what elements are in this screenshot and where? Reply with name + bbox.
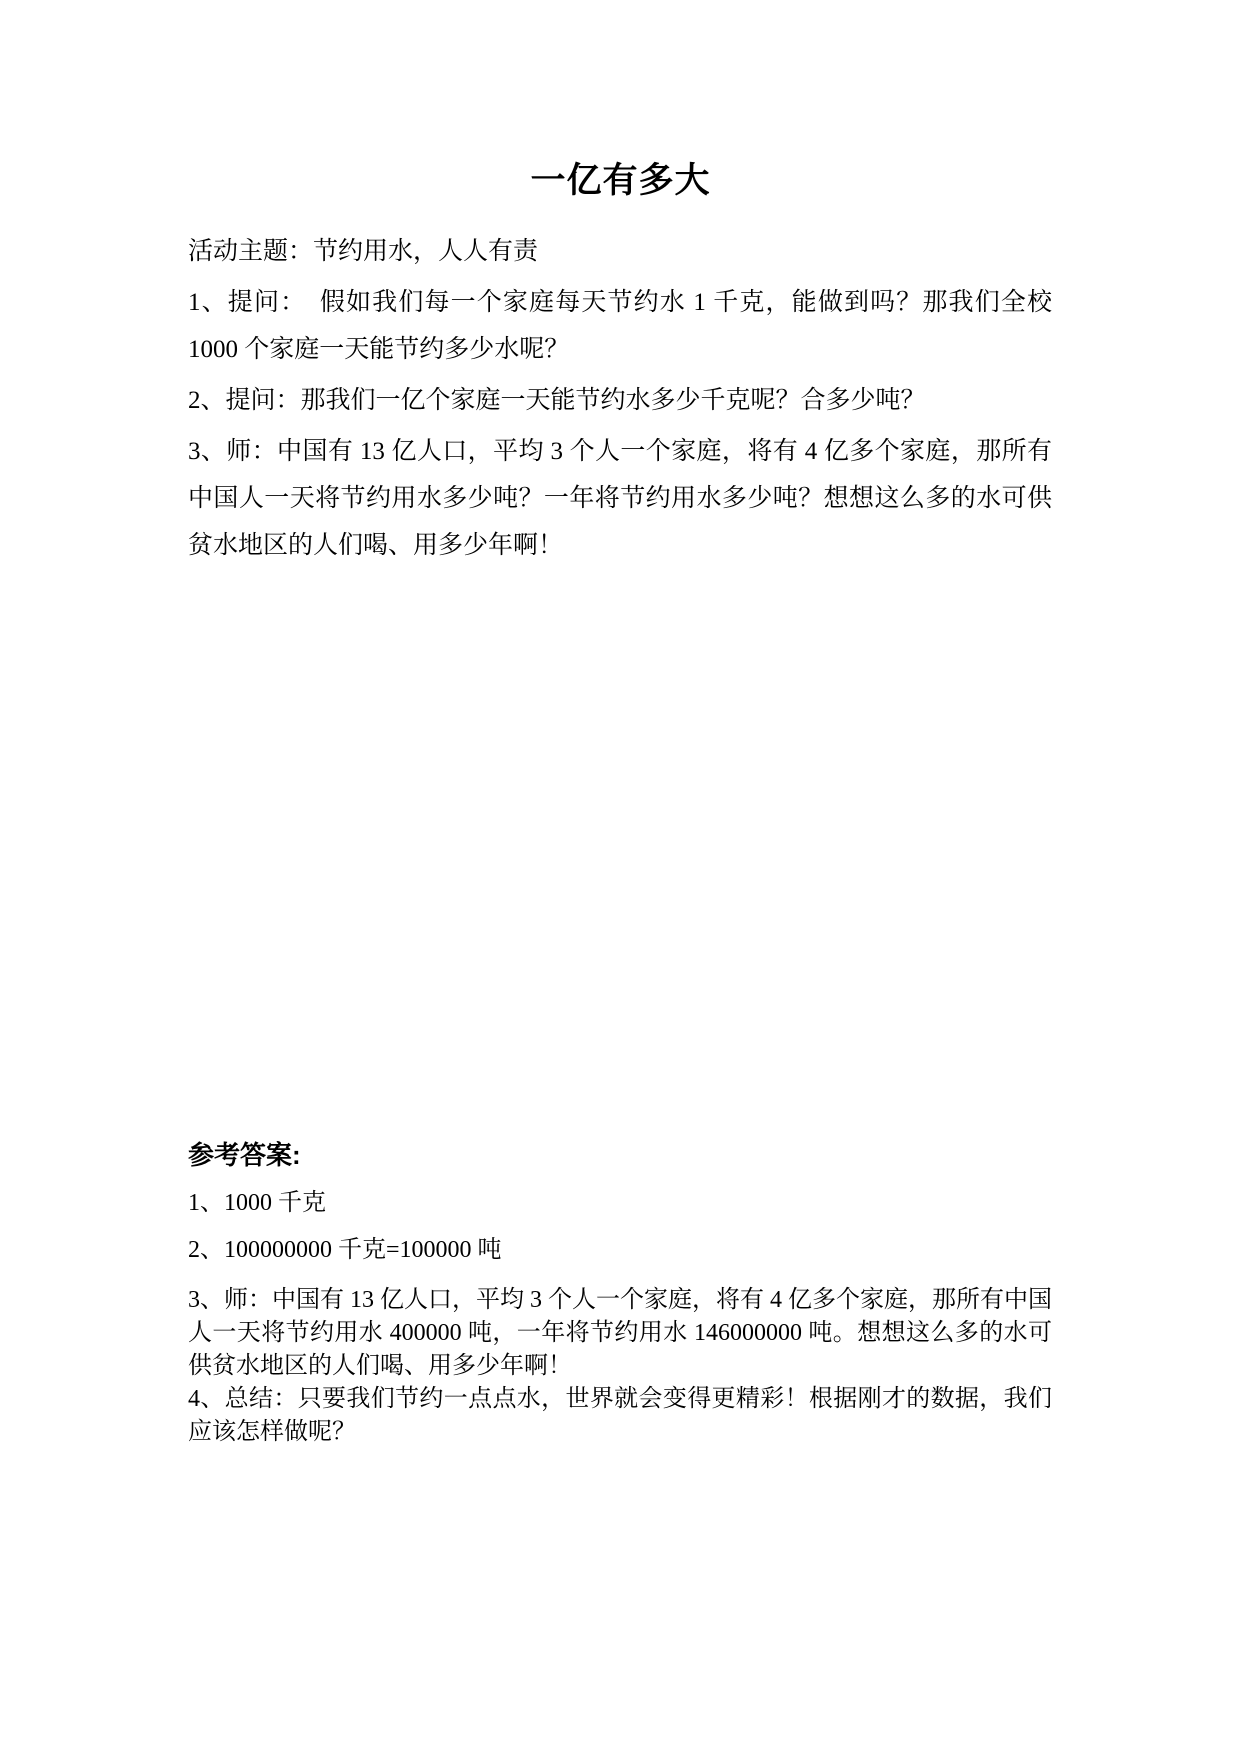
answer-2: 2、100000000 千克=100000 吨: [188, 1227, 1052, 1274]
activity-topic: 活动主题：节约用水，人人有责: [188, 228, 1052, 275]
activity-question-2: 2、提问：那我们一亿个家庭一天能节约水多少千克呢？合多少吨？: [188, 377, 1052, 424]
document-page: 一亿有多大 活动主题：节约用水，人人有责 1、提问： 假如我们每一个家庭每天节约…: [0, 0, 1241, 1754]
activity-question-3: 3、师：中国有 13 亿人口，平均 3 个人一个家庭，将有 4 亿多个家庭，那所…: [188, 428, 1052, 569]
activity-question-1: 1、提问： 假如我们每一个家庭每天节约水 1 千克，能做到吗？那我们全校 100…: [188, 279, 1052, 373]
answer-4: 4、总结：只要我们节约一点点水，世界就会变得更精彩！根据刚才的数据，我们应该怎样…: [188, 1383, 1052, 1449]
answers-section: 参考答案: 1、1000 千克 2、100000000 千克=100000 吨 …: [188, 1140, 1052, 1449]
answer-1: 1、1000 千克: [188, 1180, 1052, 1227]
activity-section: 活动主题：节约用水，人人有责 1、提问： 假如我们每一个家庭每天节约水 1 千克…: [188, 228, 1052, 573]
page-title: 一亿有多大: [0, 160, 1241, 202]
answers-heading: 参考答案:: [188, 1140, 1052, 1170]
answer-3: 3、师：中国有 13 亿人口，平均 3 个人一个家庭，将有 4 亿多个家庭，那所…: [188, 1284, 1052, 1383]
